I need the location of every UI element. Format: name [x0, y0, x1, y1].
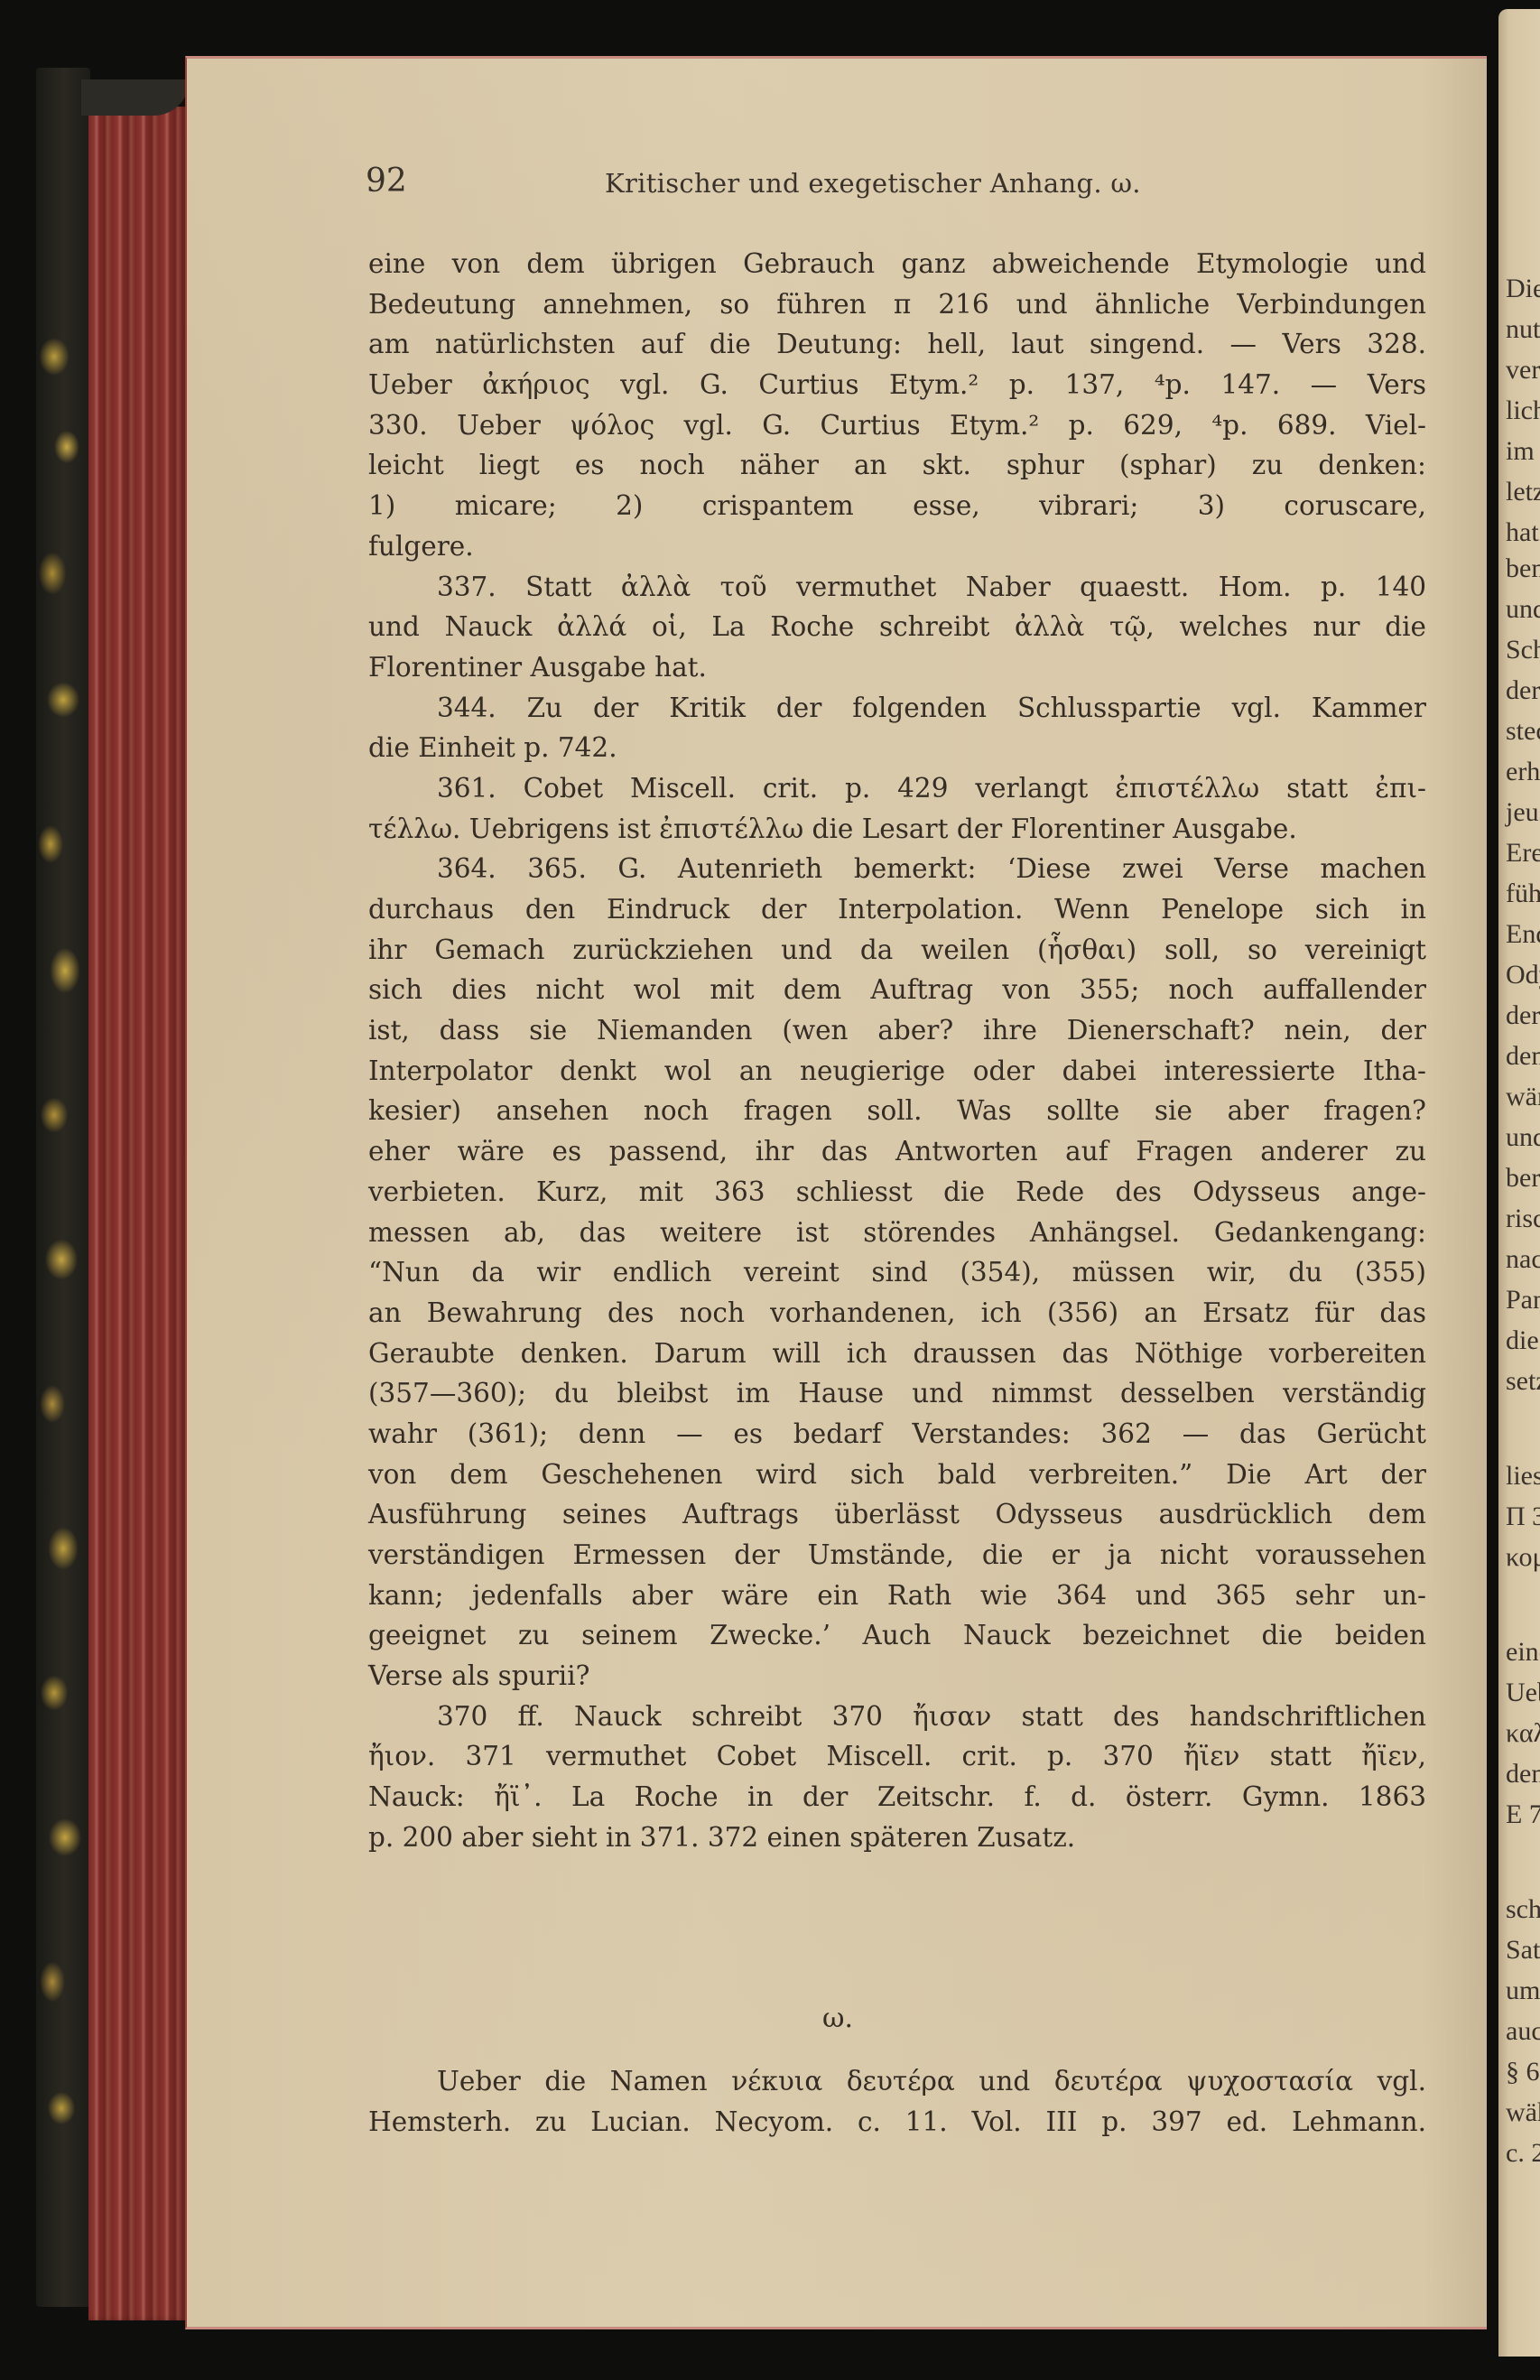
text-line: Verse als spurii? — [368, 1656, 1426, 1697]
text-line: durchaus den Eindruck der Interpolation.… — [368, 889, 1426, 930]
facing-page-fragment: stech — [1506, 718, 1540, 745]
text-line: und Nauck ἀλλά οἱ, La Roche schreibt ἀλλ… — [368, 607, 1426, 647]
facing-page-fragment: E 73 — [1506, 1801, 1540, 1828]
text-line: wahr (361); denn — es bedarf Verstandes:… — [368, 1414, 1426, 1455]
text-line: leicht liegt es noch näher an skt. sphur… — [368, 445, 1426, 486]
text-line: 364. 365. G. Autenrieth bemerkt: ‘Diese … — [368, 849, 1426, 889]
facing-page-fragment: nuth — [1506, 316, 1540, 343]
facing-page-fragment: wäre — [1506, 1083, 1540, 1111]
text-line: verbieten. Kurz, mit 363 schliesst die R… — [368, 1172, 1426, 1213]
facing-page-fragment: dem — [1506, 1761, 1540, 1788]
closing-paragraph: Ueber die Namen νέκυια δευτέρα und δευτέ… — [368, 2061, 1426, 2142]
text-line: τέλλω. Uebrigens ist ἐπιστέλλω die Lesar… — [368, 809, 1426, 850]
text-line: kesier) ansehen noch fragen soll. Was so… — [368, 1091, 1426, 1131]
text-line: geeignet zu seinem Zwecke.’ Auch Nauck b… — [368, 1615, 1426, 1656]
facing-page-fragment: jeus — [1506, 799, 1540, 826]
facing-page-fragment: der O — [1506, 1002, 1540, 1029]
facing-page-fragment: umb — [1506, 1977, 1540, 2004]
text-line: ἤιον. 371 vermuthet Cobet Miscell. crit.… — [368, 1736, 1426, 1777]
facing-page-fragment: verfo — [1506, 357, 1540, 384]
text-line: Interpolator denkt wol an neugierige ode… — [368, 1051, 1426, 1092]
text-line: an Bewahrung des noch vorhandenen, ich (… — [368, 1293, 1426, 1334]
facing-page-fragment: Panat — [1506, 1287, 1540, 1314]
facing-page-fragment: im So — [1506, 438, 1540, 465]
text-line: Hemsterh. zu Lucian. Necyom. c. 11. Vol.… — [368, 2102, 1426, 2143]
text-line: Ueber die Namen νέκυια δευτέρα und δευτέ… — [368, 2061, 1426, 2102]
facing-page-fragment: Schlu — [1506, 637, 1540, 664]
text-line: kann; jedenfalls aber wäre ein Rath wie … — [368, 1576, 1426, 1616]
text-line: ihr Gemach zurückziehen und da weilen (ἧ… — [368, 930, 1426, 971]
text-line: messen ab, das weitere ist störendes Anh… — [368, 1213, 1426, 1253]
facing-page-fragment: c. 2 — [1506, 2140, 1540, 2167]
text-line: 370 ff. Nauck schreibt 370 ἤισαν statt d… — [368, 1697, 1426, 1737]
facing-page-fragment: letzte — [1506, 479, 1540, 506]
text-line: Geraubte denken. Darum will ich draussen… — [368, 1334, 1426, 1374]
facing-page-fragment: lies — [1506, 1463, 1540, 1490]
text-line: verständigen Ermessen der Umstände, die … — [368, 1535, 1426, 1576]
text-line: ist, dass sie Niemanden (wen aber? ihre … — [368, 1010, 1426, 1051]
facing-page-fragment: eine — [1506, 1639, 1540, 1666]
facing-page-fragment: die — [1506, 1327, 1539, 1354]
text-line: Nauck: ἤϊ᾽. La Roche in der Zeitschr. f.… — [368, 1777, 1426, 1818]
text-line: eher wäre es passend, ihr das Antworten … — [368, 1131, 1426, 1172]
text-line: 361. Cobet Miscell. crit. p. 429 verlang… — [368, 768, 1426, 809]
facing-page-fragment: der S — [1506, 677, 1540, 704]
text-line: am natürlichsten auf die Deutung: hell, … — [368, 324, 1426, 365]
page-number: 92 — [366, 163, 407, 200]
text-line: 1) micare; 2) crispantem esse, vibrari; … — [368, 486, 1426, 526]
text-line: 344. Zu der Kritik der folgenden Schluss… — [368, 688, 1426, 729]
facing-page-fragment: Odyss — [1506, 962, 1540, 989]
book-photo: Diesenuthverfolicheim Soletztehatbemeund… — [0, 0, 1540, 2380]
text-line: von dem Geschehenen wird sich bald verbr… — [368, 1455, 1426, 1495]
text-line: 330. Ueber ψόλος vgl. G. Curtius Etym.² … — [368, 405, 1426, 446]
facing-page-fragment: liche — [1506, 397, 1540, 424]
facing-page-fragment: währ — [1506, 2099, 1540, 2126]
facing-page-fragment: nach — [1506, 1246, 1540, 1273]
text-line: Ueber ἀκήριος vgl. G. Curtius Etym.² p. … — [368, 365, 1426, 405]
text-line: eine von dem übrigen Gebrauch ganz abwei… — [368, 244, 1426, 284]
facing-page-fragment: Sat. — [1506, 1937, 1540, 1964]
facing-page-fragment: und — [1506, 1124, 1540, 1151]
facing-page-fragment: risch — [1506, 1205, 1540, 1232]
facing-page-fragment: beme — [1506, 555, 1540, 582]
commentary-body: eine von dem übrigen Gebrauch ganz abwei… — [368, 244, 1426, 1858]
running-head: Kritischer und exegetischer Anhang. ω. — [605, 168, 1141, 199]
text-line: Bedeutung annehmen, so führen π 216 und … — [368, 284, 1426, 325]
facing-page-fragment: schw — [1506, 1896, 1540, 1923]
facing-page-fragment: κομπο — [1506, 1544, 1540, 1571]
text-line: p. 200 aber sieht in 371. 372 einen spät… — [368, 1818, 1426, 1858]
facing-page-fragment: beruh — [1506, 1165, 1540, 1192]
facing-page-fragment: § 68 — [1506, 2059, 1540, 2086]
marbled-cover-edge — [36, 68, 90, 2307]
section-heading-omega: ω. — [0, 2003, 1540, 2034]
facing-page-fragment: und — [1506, 596, 1540, 623]
section-mark-text: ω. — [822, 2003, 853, 2034]
text-line: Ausführung seines Auftrags überlässt Ody… — [368, 1494, 1426, 1535]
text-line: die Einheit p. 742. — [368, 728, 1426, 768]
text-line: Florentiner Ausgabe hat. — [368, 647, 1426, 688]
facing-page-fragment: Diese — [1506, 275, 1540, 302]
facing-page-fragment: führt — [1506, 880, 1540, 907]
text-line: sich dies nicht wol mit dem Auftrag von … — [368, 970, 1426, 1010]
text-line: fulgere. — [368, 526, 1426, 567]
facing-page-fragment: setzun — [1506, 1368, 1540, 1395]
facing-page-fragment: Ereig — [1506, 840, 1540, 867]
text-line: “Nun da wir endlich vereint sind (354), … — [368, 1252, 1426, 1293]
facing-page-fragment: hat — [1506, 519, 1539, 546]
facing-page-fragment: καλῆι — [1506, 1720, 1540, 1747]
facing-page-fragment: erhält — [1506, 758, 1540, 786]
facing-page-fragment: dem — [1506, 1043, 1540, 1070]
facing-page-fragment: Ueber — [1506, 1679, 1540, 1706]
page-header: 92 Kritischer und exegetischer Anhang. ω… — [366, 163, 1205, 208]
red-page-edges — [88, 107, 186, 2320]
facing-page-fragment: Π 32 — [1506, 1503, 1540, 1530]
text-line: 337. Statt ἀλλὰ τοῦ vermuthet Naber quae… — [368, 567, 1426, 608]
text-line: (357—360); du bleibst im Hause und nimms… — [368, 1373, 1426, 1414]
facing-page-fragment: Ende — [1506, 921, 1540, 948]
